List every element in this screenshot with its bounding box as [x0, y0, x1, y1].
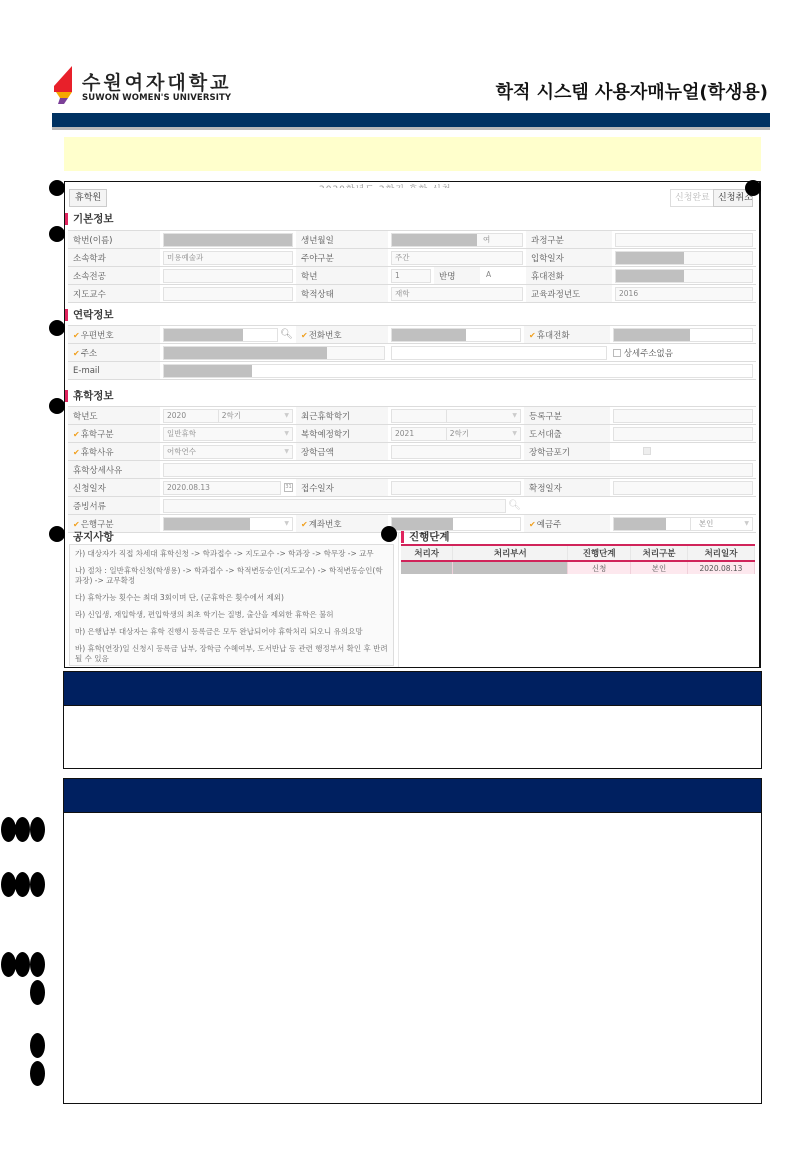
contact-info-table: ✔우편번호 🔍︎ ✔전화번호 ✔휴대전화 ✔주소 상세주소없음 E-mail [68, 325, 756, 380]
annotation-marker [30, 817, 45, 842]
class-field[interactable]: A [483, 269, 523, 283]
department-field[interactable]: 미용예술과 [163, 251, 293, 265]
gender-value: 여 [483, 234, 490, 246]
label-receipt-date: 접수일자 [296, 479, 388, 497]
annotation-marker [1, 872, 16, 897]
label-address: 주소 [81, 349, 97, 359]
document-title: 학적 시스템 사용자매뉴얼(학생용) [496, 78, 768, 104]
mobile-phone-field[interactable] [613, 328, 753, 342]
label-mobile: 휴대전화 [526, 267, 612, 285]
search-icon[interactable]: 🔍︎ [508, 500, 521, 511]
address-field[interactable] [163, 346, 385, 360]
required-check-icon: ✔ [73, 349, 80, 358]
required-check-icon: ✔ [301, 331, 308, 340]
label-apply-date: 신청일자 [68, 479, 160, 497]
annotation-marker [49, 526, 65, 542]
required-check-icon: ✔ [73, 430, 80, 439]
search-icon[interactable]: 🔍︎ [280, 329, 293, 340]
progress-table: 처리자 처리부서 진행단계 처리구분 처리일자 신청 본인 2020.08.13 [401, 544, 755, 574]
cell-type: 본인 [631, 561, 688, 574]
label-leave-type: 휴학구분 [81, 430, 114, 440]
annotation-marker [15, 872, 30, 897]
register-type-field[interactable] [613, 409, 753, 423]
required-check-icon: ✔ [73, 520, 80, 529]
no-detail-address-checkbox[interactable] [613, 349, 621, 357]
required-check-icon: ✔ [529, 520, 536, 529]
annotation-marker [30, 980, 45, 1005]
apply-complete-button[interactable]: 신청완료 [670, 189, 715, 207]
label-mobile-phone: 휴대전화 [537, 331, 570, 341]
phone-field[interactable] [391, 328, 521, 342]
label-class: 반명 [434, 267, 480, 285]
manual-page: 수원여자대학교 SUWON WOMEN'S UNIVERSITY 학적 시스템 … [0, 0, 810, 1170]
account-field[interactable] [391, 517, 521, 531]
label-documents: 증빙서류 [68, 497, 160, 515]
curriculum-year-field[interactable]: 2016 [615, 287, 753, 301]
mobile-field[interactable] [615, 269, 753, 283]
annotation-marker [381, 526, 397, 542]
label-scholarship-waive: 장학금포기 [524, 443, 610, 461]
annotation-marker [30, 1033, 45, 1058]
label-leave-reason: 휴학사유 [81, 448, 114, 458]
chevron-down-icon: ▼ [744, 518, 749, 530]
major-field[interactable] [163, 269, 293, 283]
required-check-icon: ✔ [529, 331, 536, 340]
label-detail-reason: 휴학상세사유 [68, 461, 160, 479]
screen-capture: 2020학년도 2학기 휴학 신청 휴학원 신청완료 신청취소 기본정보 학번(… [64, 181, 761, 668]
column-handler: 처리자 [401, 545, 453, 561]
chevron-down-icon: ▼ [512, 428, 517, 440]
year-select[interactable]: 20202학기▼ [163, 409, 293, 423]
label-recent-leave: 최근휴학학기 [296, 407, 388, 425]
annotation-marker [745, 180, 761, 196]
highlight-box [64, 137, 761, 171]
leave-type-select[interactable]: 일반휴학▼ [163, 427, 293, 441]
email-field[interactable] [163, 364, 753, 378]
required-check-icon: ✔ [301, 520, 308, 529]
address-detail-field[interactable] [391, 346, 607, 360]
academic-status-field[interactable]: 재학 [391, 287, 523, 301]
calendar-icon[interactable]: 31 [284, 483, 293, 492]
semester-select[interactable]: 2학기 [218, 410, 241, 422]
table-row[interactable]: 신청 본인 2020.08.13 [401, 561, 755, 574]
label-holder: 예금주 [537, 520, 562, 530]
return-year-select[interactable]: 20212학기▼ [391, 427, 521, 441]
label-student-id: 학번(이름) [68, 231, 160, 249]
bank-select[interactable]: ▼ [163, 517, 293, 531]
logo-mark-icon [52, 66, 76, 106]
notice-item: 라) 신입생, 재입학생, 편입학생의 최초 학기는 질병, 출산을 제외한 휴… [75, 610, 388, 620]
leave-reason-select[interactable]: 어학연수▼ [163, 445, 293, 459]
grade-field[interactable]: 1 [391, 269, 431, 283]
section-title-progress: 진행단계 [401, 531, 450, 543]
chevron-down-icon: ▼ [512, 410, 517, 422]
holder-select[interactable]: 본인 [690, 518, 714, 530]
library-field[interactable] [613, 427, 753, 441]
label-advisor: 지도교수 [68, 285, 160, 303]
logo-english-name: SUWON WOMEN'S UNIVERSITY [82, 93, 231, 103]
annotation-marker [49, 398, 65, 414]
recent-leave-select[interactable]: ▼ [391, 409, 521, 423]
annotation-marker [49, 226, 65, 242]
annotation-marker [30, 872, 45, 897]
annotation-marker [1, 817, 16, 842]
label-major: 소속전공 [68, 267, 160, 285]
chevron-down-icon: ▼ [284, 446, 289, 458]
zipcode-field[interactable] [163, 328, 278, 342]
annotation-marker [30, 1061, 45, 1086]
cell-stage: 신청 [568, 561, 631, 574]
birthdate-field[interactable]: 여 [391, 233, 523, 247]
annotation-marker [30, 952, 45, 977]
label-year: 학년도 [68, 407, 160, 425]
label-phone: 전화번호 [309, 331, 342, 341]
label-birthdate: 생년월일 [296, 231, 388, 249]
notice-item: 바) 휴학(연장)일 신청시 등록금 납부, 장학금 수혜여부, 도서반납 등 … [75, 644, 388, 664]
column-department: 처리부서 [453, 545, 568, 561]
column-stage: 진행단계 [568, 545, 631, 561]
label-zipcode: 우편번호 [81, 331, 114, 341]
notice-box: 가) 대상자가 직접 차세대 휴학신청 -> 학과접수 -> 지도교수 -> 학… [69, 544, 394, 666]
annotation-marker [1, 952, 16, 977]
label-admission-date: 입학일자 [526, 249, 612, 267]
basic-info-table: 학번(이름) 생년월일 여 과정구분 소속학과 미용예술과 주야구분 주간 입학… [68, 230, 756, 303]
column-date: 처리일자 [688, 545, 755, 561]
scholarship-waive-checkbox[interactable] [643, 447, 651, 455]
day-night-field[interactable]: 주간 [391, 251, 523, 265]
label-library: 도서대출 [524, 425, 610, 443]
documents-field[interactable] [163, 499, 506, 513]
annotation-marker [15, 952, 30, 977]
cell-department [453, 561, 568, 574]
return-semester-select[interactable]: 2학기 [446, 428, 469, 440]
label-no-detail-address: 상세주소없음 [624, 349, 673, 359]
screen-title: 2020학년도 2학기 휴학 신청 [319, 182, 451, 188]
label-day-night: 주야구분 [296, 249, 388, 267]
section-title-contact: 연락정보 [65, 309, 114, 321]
label-account: 계좌번호 [309, 520, 342, 530]
label-return-semester: 복학예정학기 [296, 425, 388, 443]
notice-item: 다) 휴학가능 횟수는 최대 3회이며 단, (군휴학은 횟수에서 제외) [75, 593, 388, 603]
label-grade: 학년 [296, 267, 388, 285]
logo-korean-name: 수원여자대학교 [82, 68, 231, 95]
chevron-down-icon: ▼ [284, 428, 289, 440]
annotation-marker [49, 180, 65, 196]
label-confirm-date: 확정일자 [524, 479, 610, 497]
confirm-date-field[interactable] [613, 481, 753, 495]
chevron-down-icon: ▼ [284, 410, 289, 422]
chevron-down-icon: ▼ [284, 518, 289, 530]
holder-field[interactable]: 본인▼ [613, 517, 753, 531]
label-bank: 은행구분 [81, 520, 114, 530]
header-bar [52, 113, 770, 130]
advisor-field[interactable] [163, 287, 293, 301]
notice-item: 가) 대상자가 직접 차세대 휴학신청 -> 학과접수 -> 지도교수 -> 학… [75, 549, 388, 559]
scholarship-amount-field[interactable] [391, 445, 521, 459]
label-department: 소속학과 [68, 249, 160, 267]
required-check-icon: ✔ [73, 331, 80, 340]
label-academic-status: 학적상태 [296, 285, 388, 303]
section-title-basic: 기본정보 [65, 213, 114, 225]
description-box-header [64, 779, 761, 813]
description-box-1 [63, 671, 762, 769]
description-box-header [64, 672, 761, 706]
course-type-field[interactable] [615, 233, 753, 247]
notice-item: 나) 절차 : 일반휴학신청(학생용) -> 학과접수 -> 학적변동승인(지도… [75, 566, 388, 586]
leave-application-button[interactable]: 휴학원 [69, 189, 107, 207]
annotation-marker [49, 320, 65, 336]
section-title-notice: 공지사항 [65, 531, 114, 543]
label-course-type: 과정구분 [526, 231, 612, 249]
receipt-date-field[interactable] [391, 481, 521, 495]
column-type: 처리구분 [631, 545, 688, 561]
divider [398, 532, 399, 668]
description-box-2 [63, 778, 762, 1104]
annotation-marker [15, 817, 30, 842]
label-curriculum-year: 교육과정년도 [526, 285, 612, 303]
university-logo: 수원여자대학교 SUWON WOMEN'S UNIVERSITY [52, 66, 222, 108]
notice-item: 마) 은행납부 대상자는 휴학 진행시 등록금은 모두 완납되어야 휴학처리 되… [75, 627, 388, 637]
label-scholarship-amount: 장학금액 [296, 443, 388, 461]
student-id-field[interactable] [163, 233, 293, 247]
leave-info-table: 학년도 20202학기▼ 최근휴학학기 ▼ 등록구분 ✔휴학구분 일반휴학▼ 복… [68, 406, 756, 533]
cell-handler [401, 561, 453, 574]
admission-date-field[interactable] [615, 251, 753, 265]
detail-reason-field[interactable] [163, 463, 753, 477]
cell-date: 2020.08.13 [688, 561, 755, 574]
label-email: E-mail [68, 362, 160, 380]
apply-date-field[interactable]: 2020.08.13 [163, 481, 281, 495]
required-check-icon: ✔ [73, 448, 80, 457]
label-register-type: 등록구분 [524, 407, 610, 425]
section-title-leave: 휴학정보 [65, 390, 114, 402]
